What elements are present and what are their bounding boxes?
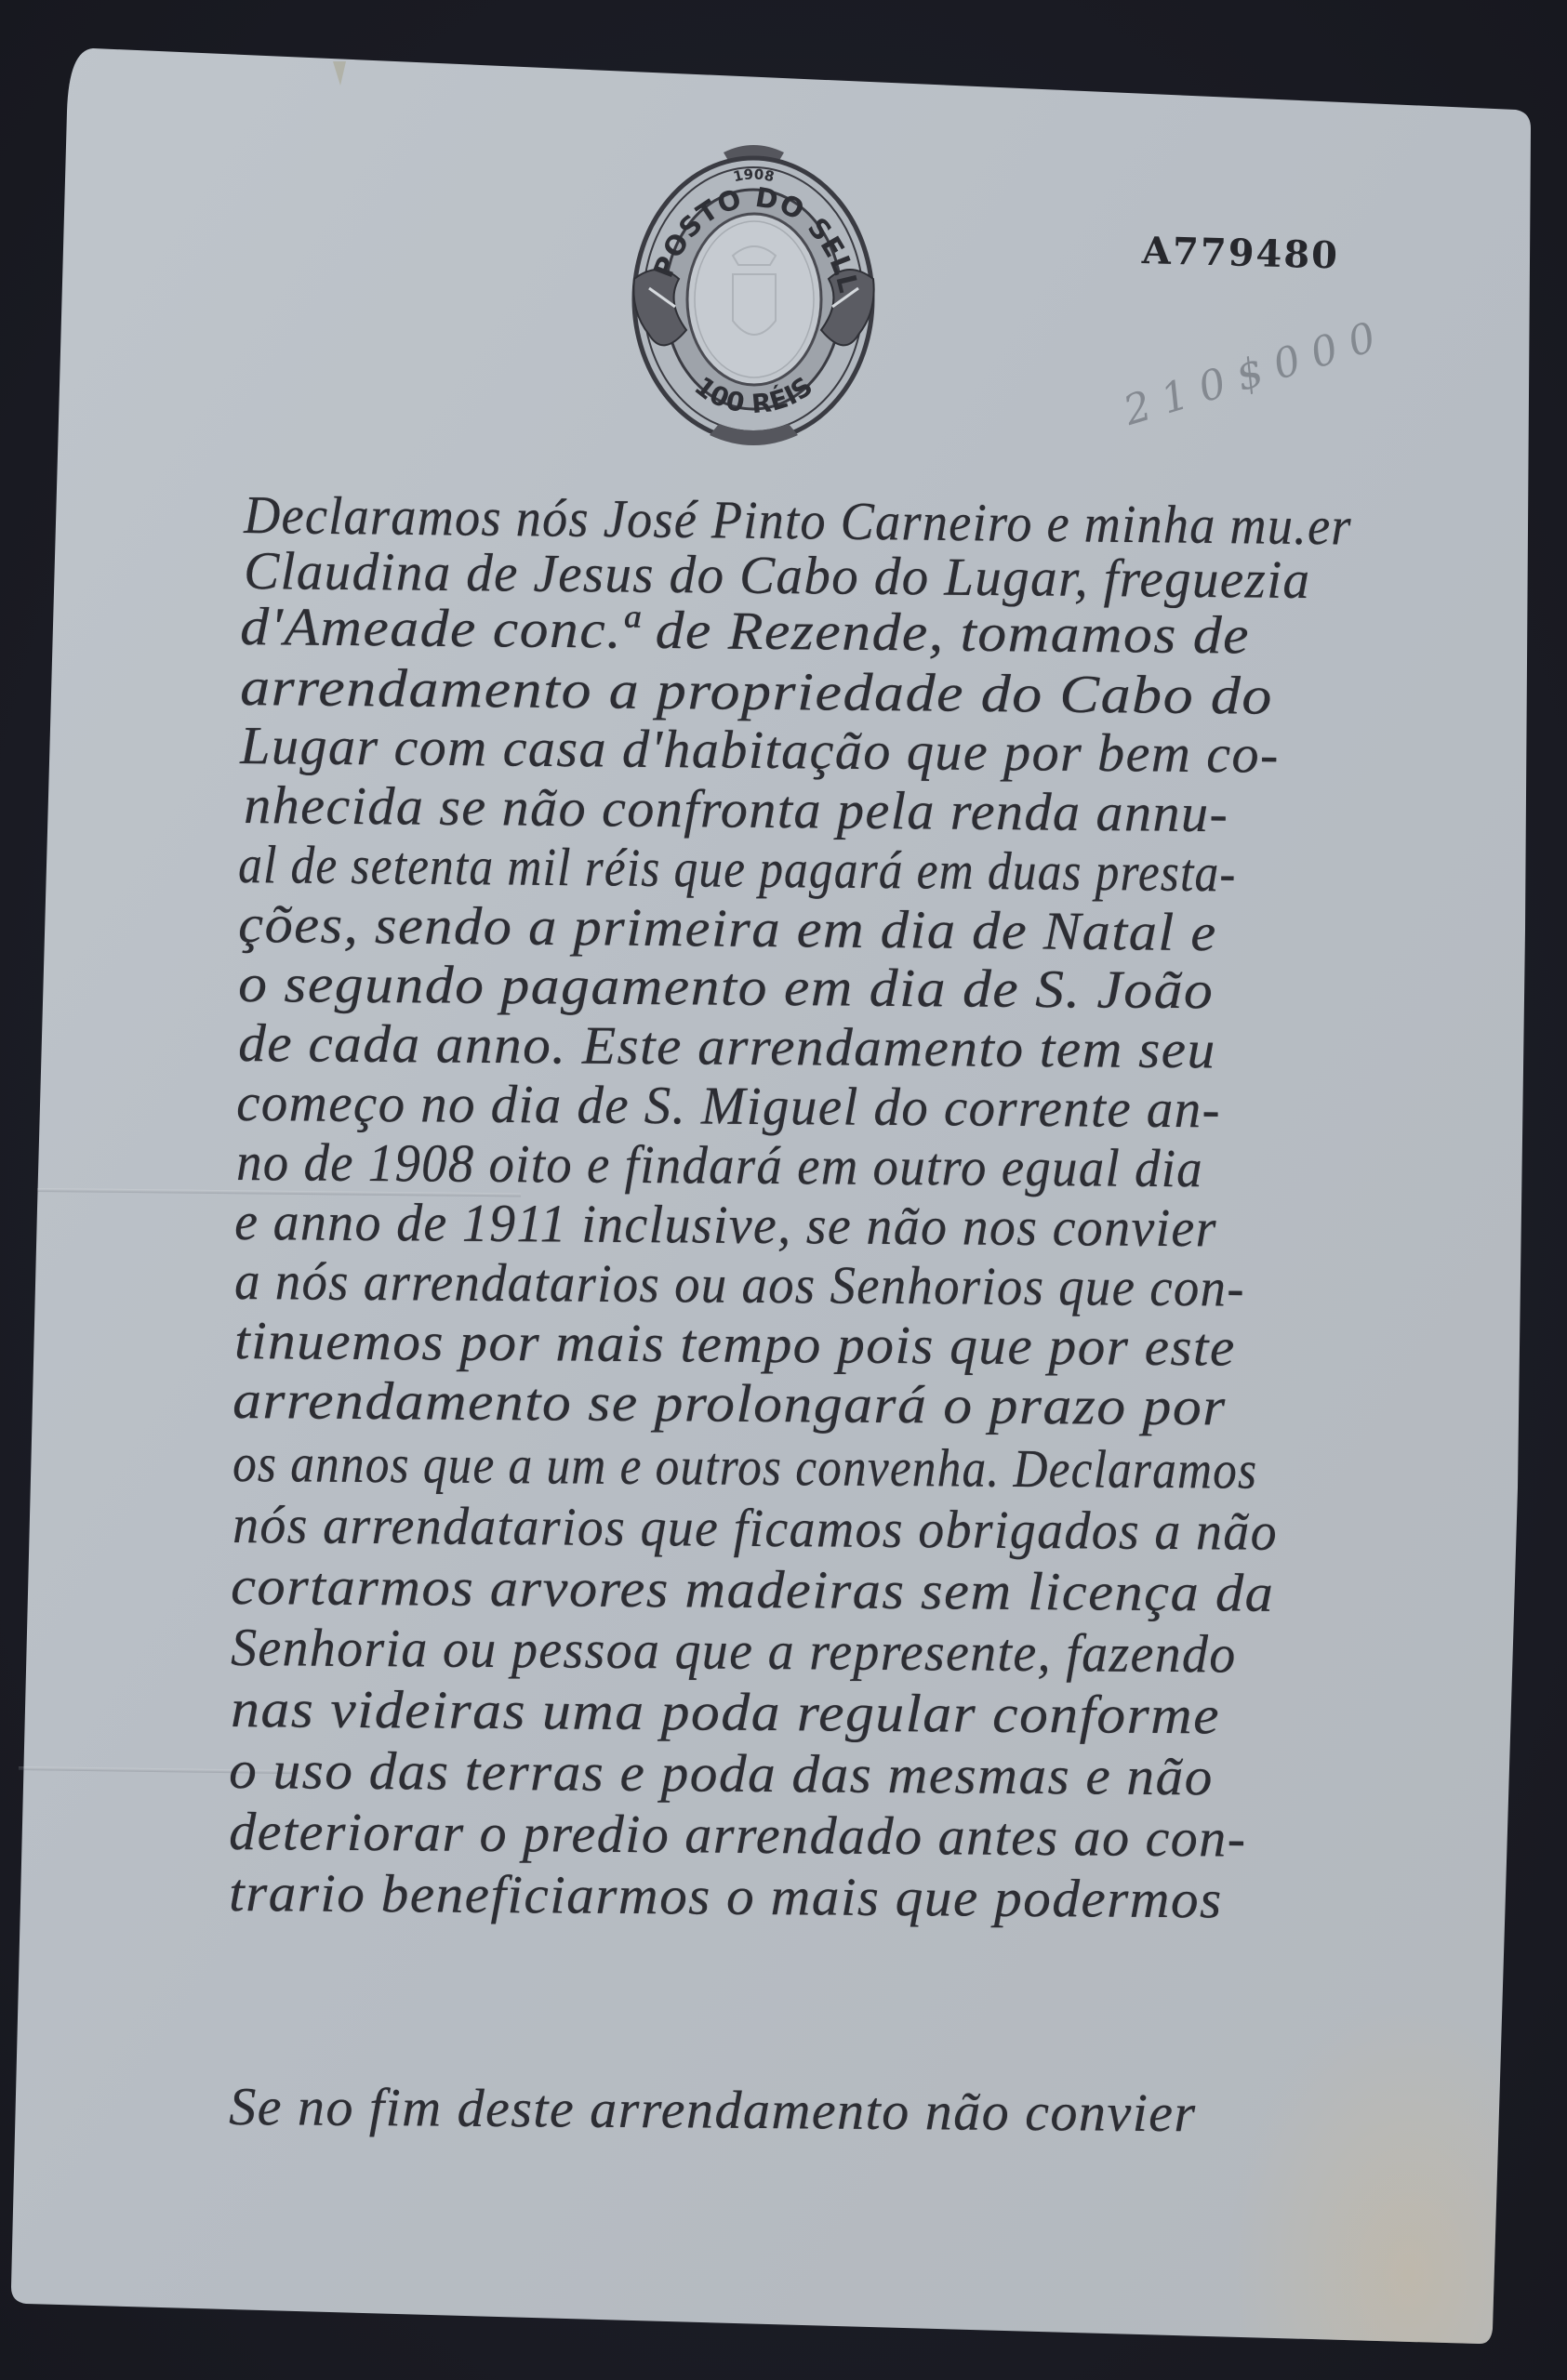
body-line: começo no dia de S. Miguel do corrente a… xyxy=(236,1071,1221,1140)
body-line: trario beneficiarmos o mais que podermos xyxy=(229,1861,1223,1930)
body-line: Se no fim deste arrendamento não convier xyxy=(229,2075,1197,2144)
body-line: o uso das terras e poda das mesmas e não xyxy=(229,1739,1214,1807)
body-line: no de 1908 oito e findará em outro egual… xyxy=(236,1130,1203,1199)
body-line: arrendamento se prolongará o prazo por xyxy=(232,1368,1227,1437)
body-line: de cada anno. Este arrendamento tem seu xyxy=(238,1011,1216,1080)
body-line: tinuemos por mais tempo pois que por est… xyxy=(234,1309,1236,1379)
body-line: deteriorar o predio arrendado antes ao c… xyxy=(229,1800,1247,1870)
handwritten-body: Declaramos nós José Pinto Carneiro e min… xyxy=(0,0,1567,2380)
body-line: nós arrendatarios que ficamos obrigados … xyxy=(232,1493,1278,1563)
body-line: e anno de 1911 inclusive, se não nos con… xyxy=(234,1190,1217,1259)
body-line: o segundo pagamento em dia de S. João xyxy=(238,952,1215,1021)
body-line: a nós arrendatarios ou aos Senhorios que… xyxy=(234,1249,1245,1319)
body-line: os annos que a um e outros convenha. Dec… xyxy=(232,1432,1258,1501)
body-line: d'Ameade conc.ª de Rezende, tomamos de xyxy=(240,595,1250,666)
body-line: cortarmos arvores madeiras sem licença d… xyxy=(231,1554,1275,1624)
body-line: Senhoria ou pessoa que a represente, faz… xyxy=(231,1616,1237,1686)
photo-background: IMPOSTO DO SELLO 1908 100 RÉIS A779480 2… xyxy=(0,0,1567,2380)
body-line: nas videiras uma poda regular conforme xyxy=(231,1677,1220,1746)
